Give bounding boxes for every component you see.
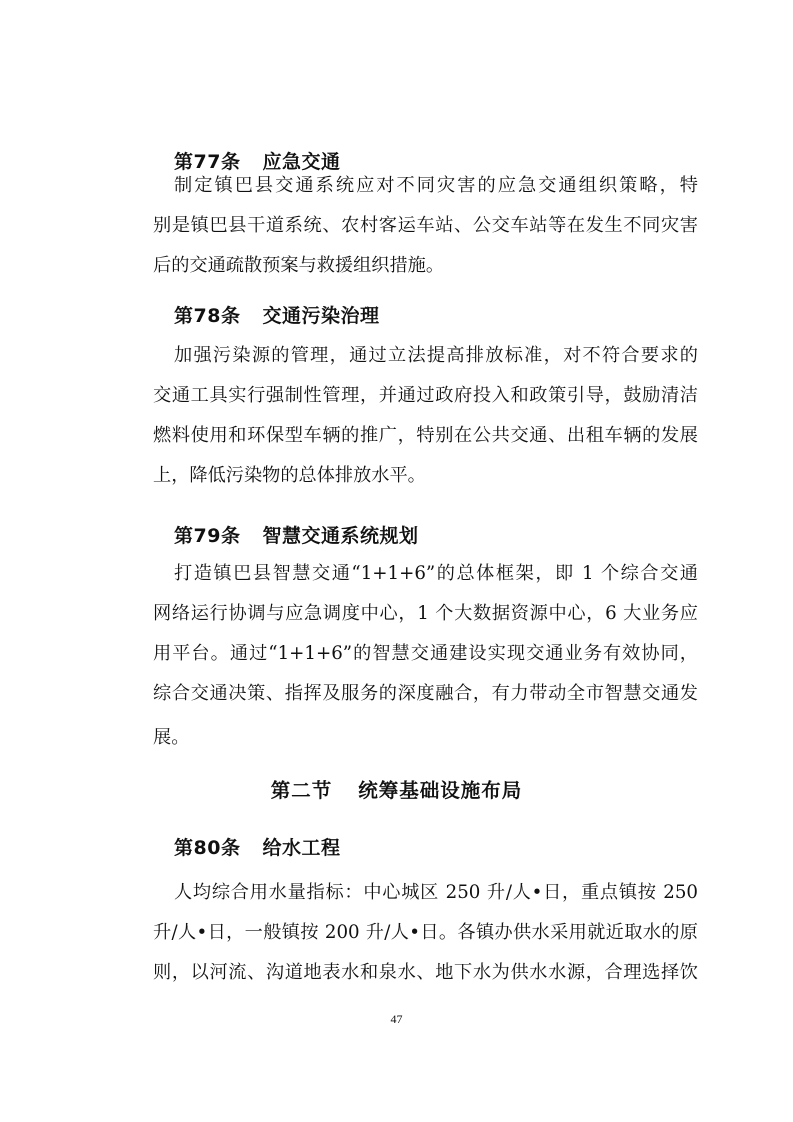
section-number: 第二节 [271, 779, 333, 802]
article-number: 第78条 [174, 305, 240, 327]
article-title: 应急交通 [262, 151, 340, 173]
section-title: 第二节统筹基础设施布局 [0, 775, 793, 803]
article-number: 第80条 [174, 837, 240, 859]
article-80-heading: 第80条给水工程 [174, 833, 340, 860]
paragraph-line: 燃料使用和环保型车辆的推广，特别在公共交通、出租车辆的发展 [153, 427, 698, 445]
paragraph-line: 人均综合用水量指标：中心城区 250 升/人•日，重点镇按 250 [174, 884, 698, 902]
article-title: 交通污染治理 [262, 305, 379, 327]
paragraph-line: 别是镇巴县干道系统、农村客运车站、公交车站等在发生不同灾害 [153, 217, 698, 235]
paragraph-line: 网络运行协调与应急调度中心，1 个大数据资源中心，6 大业务应 [153, 605, 698, 623]
paragraph-line: 升/人•日，一般镇按 200 升/人•日。各镇办供水采用就近取水的原 [153, 924, 698, 942]
article-79-heading: 第79条智慧交通系统规划 [174, 521, 418, 548]
paragraph-line: 制定镇巴县交通系统应对不同灾害的应急交通组织策略，特 [174, 177, 698, 195]
article-number: 第79条 [174, 525, 240, 547]
paragraph-line: 打造镇巴县智慧交通“1+1+6”的总体框架，即 1 个综合交通 [174, 565, 698, 583]
article-77-heading: 第77条应急交通 [174, 147, 340, 174]
paragraph-line: 用平台。通过“1+1+6”的智慧交通建设实现交通业务有效协同， [153, 645, 698, 663]
article-number: 第77条 [174, 151, 240, 173]
section-name: 统筹基础设施布局 [358, 779, 522, 802]
paragraph-line: 加强污染源的管理，通过立法提高排放标准，对不符合要求的 [174, 347, 698, 365]
article-title: 智慧交通系统规划 [262, 525, 418, 547]
paragraph-line: 上，降低污染物的总体排放水平。 [153, 467, 698, 485]
paragraph-line: 交通工具实行强制性管理，并通过政府投入和政策引导，鼓励清洁 [153, 387, 698, 405]
paragraph-line: 后的交通疏散预案与救援组织措施。 [153, 257, 698, 275]
paragraph-line: 则，以河流、沟道地表水和泉水、地下水为供水水源，合理选择饮 [153, 964, 698, 982]
document-page: 第77条应急交通 制定镇巴县交通系统应对不同灾害的应急交通组织策略，特 别是镇巴… [0, 0, 793, 1122]
article-title: 给水工程 [262, 837, 340, 859]
article-78-heading: 第78条交通污染治理 [174, 301, 379, 328]
paragraph-line: 综合交通决策、指挥及服务的深度融合，有力带动全市智慧交通发 [153, 685, 698, 703]
page-number: 47 [0, 1012, 793, 1027]
paragraph-line: 展。 [153, 729, 698, 747]
